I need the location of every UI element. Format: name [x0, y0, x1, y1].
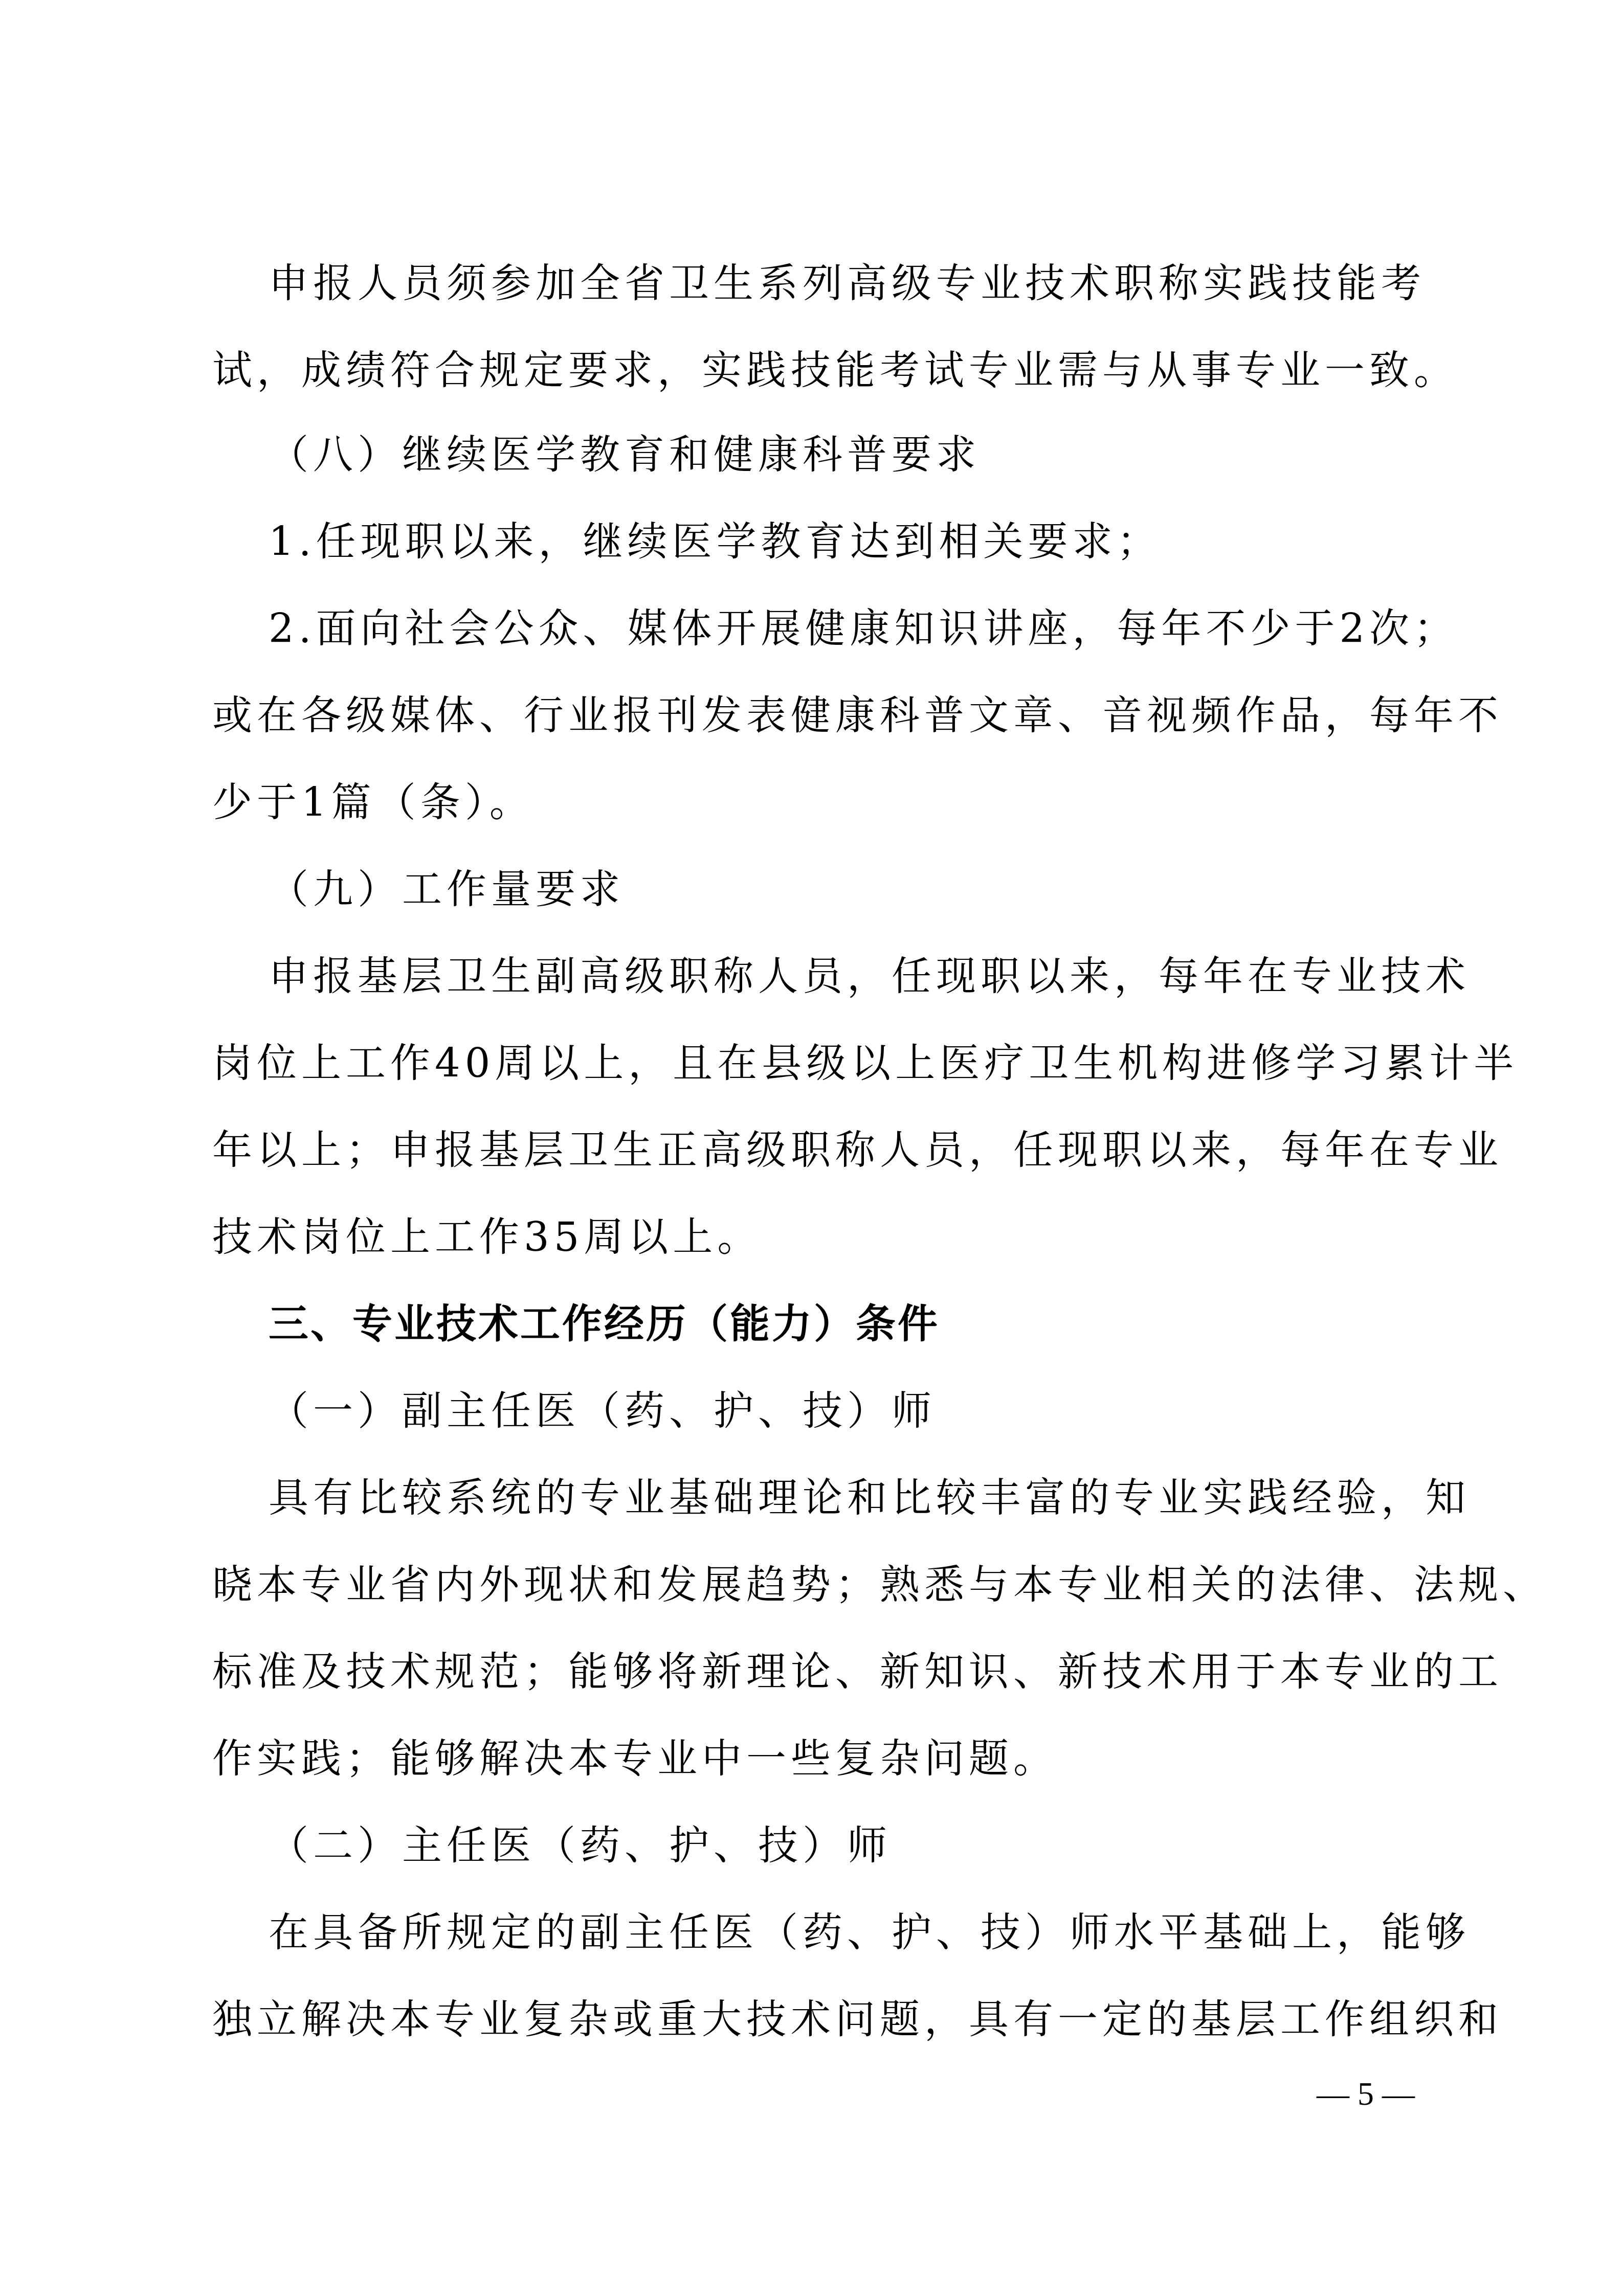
paragraph-line: 独立解决本专业复杂或重大技术问题，具有一定的基层工作组织和 — [212, 1976, 1412, 2063]
paragraph-line: 作实践；能够解决本专业中一些复杂问题。 — [212, 1716, 1412, 1803]
paragraph-line: 少于1篇（条）。 — [212, 759, 1412, 846]
paragraph-line: 或在各级媒体、行业报刊发表健康科普文章、音视频作品，每年不 — [212, 672, 1412, 759]
paragraph-line: 申报人员须参加全省卫生系列高级专业技术职称实践技能考 — [269, 240, 1412, 327]
paragraph-line: 技术岗位上工作35周以上。 — [212, 1194, 1412, 1281]
paragraph-line: 标准及技术规范；能够将新理论、新知识、新技术用于本专业的工 — [212, 1629, 1412, 1716]
list-item: 2.面向社会公众、媒体开展健康知识讲座，每年不少于2次； — [269, 586, 1412, 672]
paragraph-line: 具有比较系统的专业基础理论和比较丰富的专业实践经验，知 — [269, 1455, 1412, 1542]
page-number: — 5 — — [1309, 2074, 1422, 2114]
section-subheading: （八）继续医学教育和健康科普要求 — [269, 412, 1412, 499]
section-heading: 三、专业技术工作经历（能力）条件 — [269, 1281, 1412, 1368]
paragraph-line: 岗位上工作40周以上，且在县级以上医疗卫生机构进修学习累计半 — [212, 1020, 1412, 1107]
section-subheading: （一）副主任医（药、护、技）师 — [269, 1368, 1412, 1455]
paragraph-line: 试，成绩符合规定要求，实践技能考试专业需与从事专业一致。 — [212, 327, 1412, 414]
paragraph-line: 在具备所规定的副主任医（药、护、技）师水平基础上，能够 — [269, 1889, 1412, 1976]
paragraph-line: 年以上；申报基层卫生正高级职称人员，任现职以来，每年在专业 — [212, 1107, 1412, 1194]
paragraph-line: 申报基层卫生副高级职称人员，任现职以来，每年在专业技术 — [269, 933, 1412, 1020]
list-item: 1.任现职以来，继续医学教育达到相关要求； — [269, 499, 1412, 586]
section-subheading: （九）工作量要求 — [269, 846, 1412, 933]
section-subheading: （二）主任医（药、护、技）师 — [269, 1803, 1412, 1889]
paragraph-line: 晓本专业省内外现状和发展趋势；熟悉与本专业相关的法律、法规、 — [212, 1542, 1412, 1629]
